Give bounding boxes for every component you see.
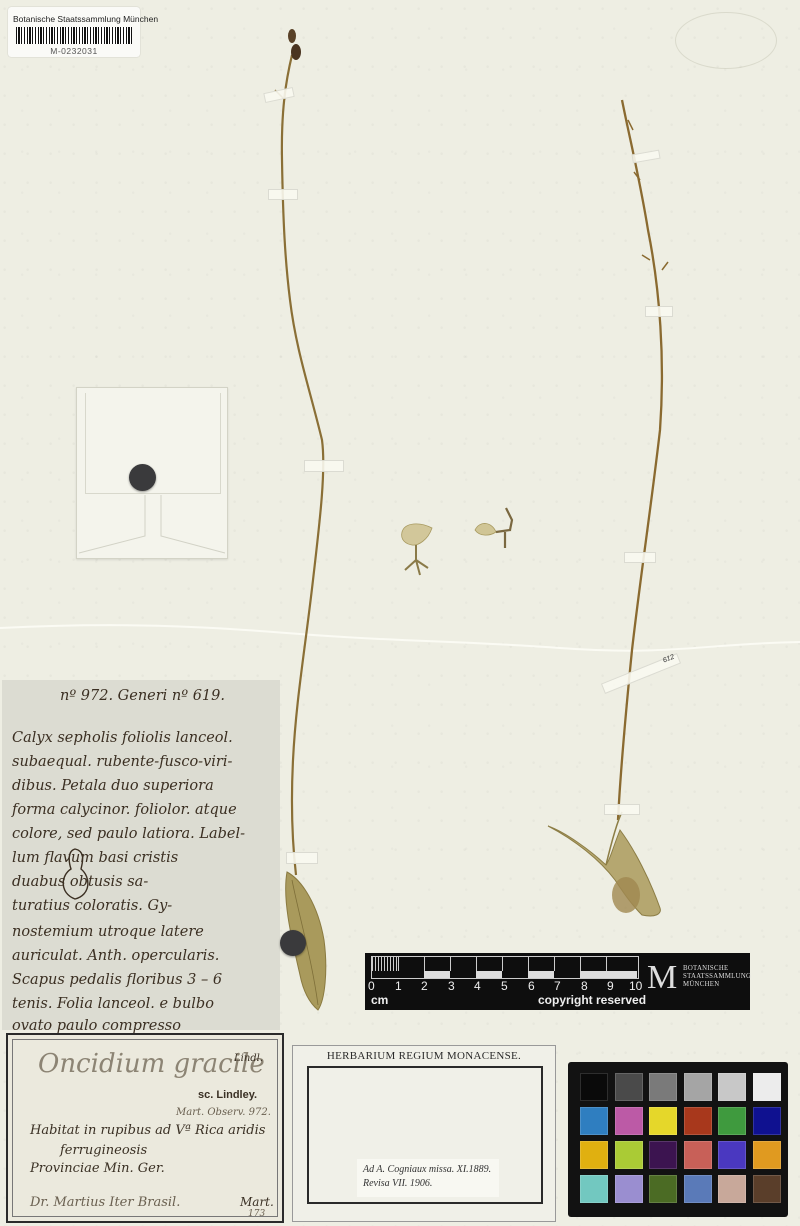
- color-swatch: [718, 1107, 746, 1135]
- mounting-tape: [304, 460, 344, 472]
- tick-label: 9: [607, 979, 614, 993]
- notes-line: auriculat. Anth. opercularis.: [12, 948, 219, 964]
- scale-bar: 0 1 2 3 4 5 6 7 8 9 10 cm copyright rese…: [365, 953, 750, 1010]
- color-swatch: [684, 1073, 712, 1101]
- tick-label: 10: [629, 979, 642, 993]
- mounting-tape: [286, 852, 318, 864]
- color-checker-chart: [568, 1062, 788, 1217]
- color-swatch: [615, 1073, 643, 1101]
- color-swatch: [753, 1175, 781, 1203]
- color-swatch: [649, 1107, 677, 1135]
- collector-mark: Mart.: [240, 1195, 274, 1209]
- notes-line: nº 972. Generi nº 619.: [60, 688, 225, 704]
- notes-line: dibus. Petala duo superiora: [12, 778, 214, 794]
- tick-label: 7: [554, 979, 561, 993]
- tick-label: 0: [368, 979, 375, 993]
- sec-lindley: sc. Lindley.: [198, 1089, 257, 1101]
- color-swatch: [580, 1175, 608, 1203]
- tick-label: 6: [528, 979, 535, 993]
- tick-label: 2: [421, 979, 428, 993]
- color-swatch: [684, 1141, 712, 1169]
- color-swatch: [753, 1107, 781, 1135]
- color-swatch: [684, 1107, 712, 1135]
- notes-line: ovato paulo compresso: [12, 1018, 181, 1034]
- color-swatch: [615, 1141, 643, 1169]
- tick-label: 1: [395, 979, 402, 993]
- notes-line: Scapus pedalis floribus 3 – 6: [12, 972, 222, 988]
- determination-label: Oncidium gracile Lindl. sc. Lindley. Mar…: [6, 1033, 284, 1223]
- color-swatch: [649, 1175, 677, 1203]
- bsm-logo-icon: M: [647, 959, 677, 997]
- color-swatch: [580, 1073, 608, 1101]
- color-swatch: [615, 1107, 643, 1135]
- habitat-line-2: ferrugineosis: [60, 1143, 147, 1158]
- habitat-line-1: Habitat in rupibus ad Vª Rica aridis: [30, 1123, 265, 1138]
- mounting-seal-icon: [280, 930, 306, 956]
- mounting-tape: [604, 804, 640, 815]
- notes-line: Calyx sepholis foliolis lanceol.: [12, 730, 233, 746]
- herbarium-regium-label: HERBARIUM REGIUM MONACENSE. Ad A. Cognia…: [292, 1045, 556, 1222]
- copyright-text: copyright reserved: [538, 993, 646, 1007]
- taxon-author: Lindl.: [234, 1053, 263, 1064]
- color-swatch: [615, 1175, 643, 1203]
- tick-label: 3: [448, 979, 455, 993]
- unit-label: cm: [371, 993, 388, 1007]
- revision-line-2: Revisa VII. 1906.: [357, 1178, 499, 1189]
- color-swatch: [649, 1073, 677, 1101]
- logo-institution: BOTANISCHE STAATSSAMMLUNG MÜNCHEN: [683, 965, 751, 989]
- herbarium-header: HERBARIUM REGIUM MONACENSE.: [293, 1050, 555, 1062]
- color-swatch: [718, 1175, 746, 1203]
- province: Provinciae Min. Ger.: [30, 1161, 165, 1176]
- color-swatch: [580, 1107, 608, 1135]
- color-swatch: [718, 1073, 746, 1101]
- labellum-sketch-icon: [57, 845, 97, 905]
- collection-number: 173: [248, 1209, 265, 1219]
- herbarium-sheet: Botanische Staatssammlung München M-0232…: [0, 0, 800, 1226]
- color-swatch: [649, 1141, 677, 1169]
- color-swatch: [580, 1141, 608, 1169]
- tick-label: 5: [501, 979, 508, 993]
- revision-line-1: Ad A. Cogniaux missa. XI.1889.: [357, 1164, 499, 1175]
- tick-label: 8: [581, 979, 588, 993]
- mounting-tape: [645, 306, 673, 317]
- color-swatch: [753, 1073, 781, 1101]
- color-swatch: [753, 1141, 781, 1169]
- ruler: [371, 956, 639, 979]
- color-swatch: [684, 1175, 712, 1203]
- color-swatch: [718, 1141, 746, 1169]
- tick-label: 4: [474, 979, 481, 993]
- notes-line: subaequal. rubente-fusco-viri-: [12, 754, 232, 770]
- mounting-tape: [624, 552, 656, 563]
- notes-line: nostemium utroque latere: [12, 924, 204, 940]
- taxon-name: Oncidium gracile: [38, 1049, 265, 1079]
- handwritten-description-label: nº 972. Generi nº 619. Calyx sepholis fo…: [2, 680, 280, 1030]
- collector: Dr. Martius Iter Brasil.: [30, 1195, 180, 1210]
- notes-line: forma calycinor. foliolor. atque: [12, 802, 237, 818]
- notes-line: colore, sed paulo latiora. Label-: [12, 826, 245, 842]
- revision-slip: Ad A. Cogniaux missa. XI.1889. Revisa VI…: [357, 1159, 499, 1197]
- reference: Mart. Observ. 972.: [176, 1107, 271, 1118]
- mounting-tape: [268, 189, 298, 200]
- notes-line: tenis. Folia lanceol. e bulbo: [12, 996, 214, 1012]
